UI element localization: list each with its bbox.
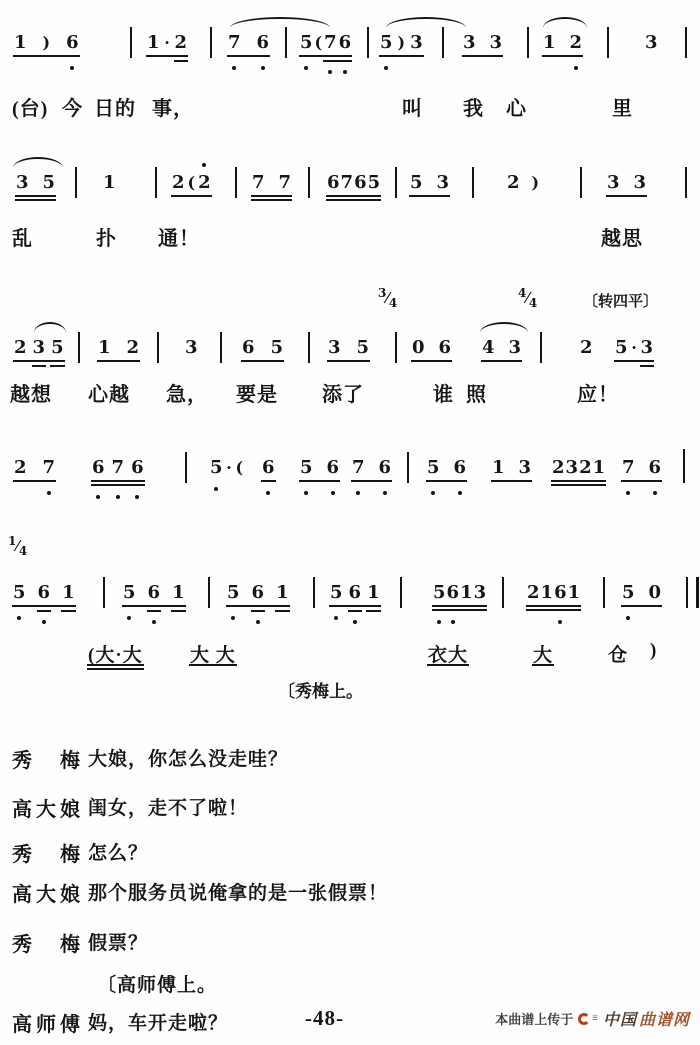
watermark: 本曲谱上传于 ≡ 中国 曲谱网 [495,1007,690,1030]
dialogue-text: 怎么？ [88,838,148,865]
page-number: -48- [305,1006,344,1031]
site-name-red: 曲谱网 [639,1007,690,1030]
speaker-name: 高大娘 [12,878,84,907]
speaker-name: 高师傅 [12,1008,84,1037]
speaker-name: 高大娘 [12,793,84,822]
site-logo-lines-icon: ≡ [592,1013,598,1024]
score-page: 1)61·2765(765)3331233512(2776765532)3323… [0,0,700,1045]
stage-direction: 〔高师傅上。 [97,970,217,997]
site-name-dark: 中国 [603,1007,637,1030]
speaker-name: 秀 梅 [12,928,84,957]
speaker-name: 秀 梅 [12,838,84,867]
speaker-name: 秀 梅 [12,744,84,773]
watermark-prefix: 本曲谱上传于 [495,1009,573,1028]
site-logo-icon [578,1013,590,1025]
dialogue-text: 妈，车开走啦？ [88,1008,228,1035]
dialogue-text: 假票？ [88,928,148,955]
dialogue-text: 大娘，你怎么没走哇？ [88,744,288,771]
dialogue-section: 秀 梅大娘，你怎么没走哇？高大娘闺女，走不了啦！秀 梅怎么？高大娘那个服务员说俺… [0,0,700,1045]
dialogue-text: 那个服务员说俺拿的是一张假票！ [88,878,388,905]
dialogue-text: 闺女，走不了啦！ [88,793,248,820]
